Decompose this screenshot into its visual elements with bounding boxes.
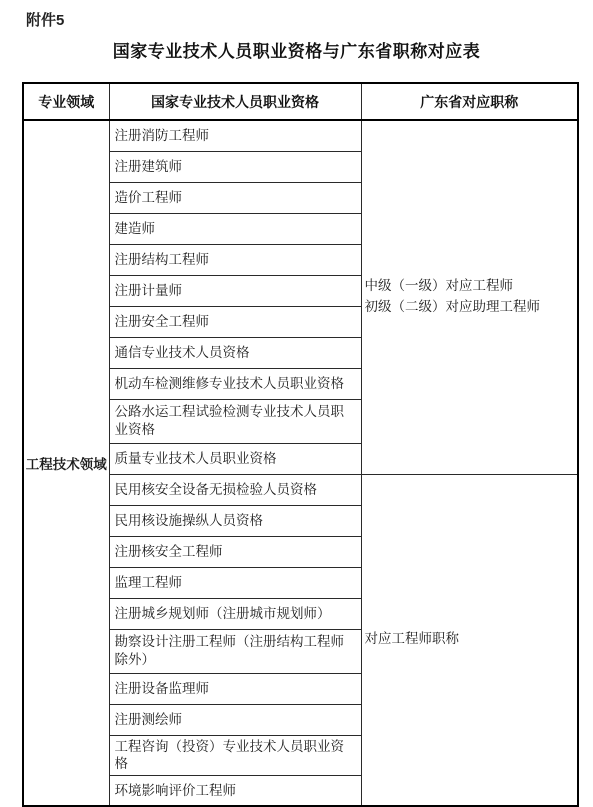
qualification-cell: 注册计量师 — [109, 275, 361, 306]
qualification-cell: 注册城乡规划师（注册城市规划师） — [109, 598, 361, 629]
col-header-title: 广东省对应职称 — [361, 83, 578, 120]
document-title: 国家专业技术人员职业资格与广东省职称对应表 — [0, 37, 593, 62]
qualification-cell: 勘察设计注册工程师（注册结构工程师除外） — [109, 629, 361, 673]
qualification-cell: 造价工程师 — [109, 182, 361, 213]
qualification-cell: 注册结构工程师 — [109, 244, 361, 275]
qualification-cell: 质量专业技术人员职业资格 — [109, 443, 361, 474]
qualification-cell: 监理工程师 — [109, 567, 361, 598]
mapping-cell-group2: 对应工程师职称 — [361, 474, 578, 806]
qualification-cell: 公路水运工程试验检测专业技术人员职业资格 — [109, 399, 361, 443]
qualification-cell: 工程咨询（投资）专业技术人员职业资格 — [109, 735, 361, 775]
col-header-field: 专业领域 — [23, 83, 109, 120]
mapping-cell-group1: 中级（一级）对应工程师 初级（二级）对应助理工程师 — [361, 120, 578, 474]
qualification-cell: 环境影响评价工程师 — [109, 775, 361, 806]
table-header-row: 专业领域 国家专业技术人员职业资格 广东省对应职称 — [23, 83, 578, 120]
table-row: 工程技术领域 注册消防工程师 中级（一级）对应工程师 初级（二级）对应助理工程师 — [23, 120, 578, 151]
qualification-cell: 注册设备监理师 — [109, 673, 361, 704]
qualification-cell: 注册测绘师 — [109, 704, 361, 735]
qualification-cell: 通信专业技术人员资格 — [109, 337, 361, 368]
col-header-qualification: 国家专业技术人员职业资格 — [109, 83, 361, 120]
qualification-cell: 注册核安全工程师 — [109, 536, 361, 567]
qualification-cell: 注册消防工程师 — [109, 120, 361, 151]
qualification-cell: 民用核设施操纵人员资格 — [109, 505, 361, 536]
qualification-table: 专业领域 国家专业技术人员职业资格 广东省对应职称 工程技术领域 注册消防工程师… — [22, 82, 579, 807]
field-cell: 工程技术领域 — [23, 120, 109, 806]
qualification-cell: 民用核安全设备无损检验人员资格 — [109, 474, 361, 505]
qualification-cell: 注册安全工程师 — [109, 306, 361, 337]
qualification-cell: 注册建筑师 — [109, 151, 361, 182]
qualification-cell: 机动车检测维修专业技术人员职业资格 — [109, 368, 361, 399]
attachment-label: 附件5 — [26, 9, 64, 30]
qualification-cell: 建造师 — [109, 213, 361, 244]
document-page: 附件5 国家专业技术人员职业资格与广东省职称对应表 专业领域 国家专业技术人员职… — [0, 0, 593, 807]
